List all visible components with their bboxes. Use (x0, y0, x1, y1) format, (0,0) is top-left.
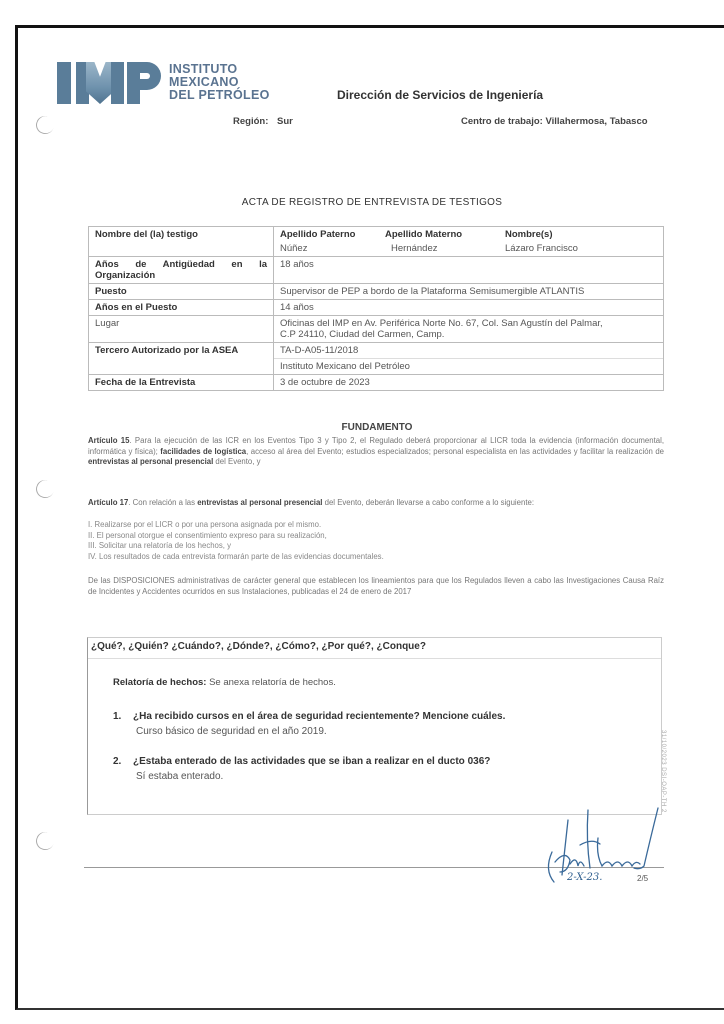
anos-puesto-label: Años en el Puesto (89, 300, 274, 316)
table-row: Lugar Oficinas del IMP en Av. Periférica… (89, 316, 664, 343)
antiguedad-label-line2: Organización (95, 270, 267, 281)
witness-name-label: Nombre del (la) testigo (89, 227, 274, 257)
witness-name-cell: Apellido Paterno Apellido Materno Nombre… (274, 227, 664, 257)
fecha-label: Fecha de la Entrevista (89, 375, 274, 391)
antiguedad-label: Años de Antigüedad en la Organización (89, 257, 274, 284)
lugar-label: Lugar (89, 316, 274, 343)
anos-puesto-value: 14 años (274, 300, 664, 316)
document-title: ACTA DE REGISTRO DE ENTREVISTA DE TESTIG… (0, 197, 724, 208)
fundamento-title: FUNDAMENTO (0, 422, 724, 433)
question-text: ¿Ha recibido cursos en el área de seguri… (133, 711, 505, 722)
tercero-value-line2: Instituto Mexicano del Petróleo (274, 359, 663, 374)
nombres-value: Lázaro Francisco (505, 240, 657, 254)
question-number: 2. (113, 756, 133, 767)
signature-date: 2-X-23. (567, 872, 602, 883)
art15-label: Artículo 15 (88, 436, 129, 445)
relatoria: Relatoría de hechos: Se anexa relatoría … (113, 677, 336, 688)
art17-label: Artículo 17 (88, 498, 128, 507)
apellido-paterno-value: Núñez (280, 240, 385, 254)
tercero-label: Tercero Autorizado por la ASEA (89, 343, 274, 375)
page-number: 2/5 (637, 874, 648, 883)
list-item: I. Realizarse por el LICR o por una pers… (88, 520, 384, 531)
list-item: II. El personal otorgue el consentimient… (88, 531, 384, 542)
table-row: Nombre del (la) testigo Apellido Paterno… (89, 227, 664, 257)
list-item: III. Solicitar una relatoría de los hech… (88, 541, 384, 552)
antiguedad-label-line1: Años de Antigüedad en la (95, 259, 267, 270)
question-number: 1. (113, 711, 133, 722)
art15-text: , acceso al área del Evento; estudios es… (246, 447, 664, 456)
answer-1: Curso básico de seguridad en el año 2019… (136, 726, 327, 737)
divider (88, 658, 661, 659)
questions-box: ¿Qué?, ¿Quién? ¿Cuándo?, ¿Dónde?, ¿Cómo?… (87, 637, 662, 815)
art15-bold: entrevistas al personal presencial (88, 457, 213, 466)
articulo-15-paragraph: Artículo 15. Para la ejecución de las IC… (88, 436, 664, 468)
puesto-value: Supervisor de PEP a bordo de la Platafor… (274, 284, 664, 300)
antiguedad-value: 18 años (274, 257, 664, 284)
logo-text: INSTITUTO MEXICANO DEL PETRÓLEO (169, 63, 270, 102)
question-text: ¿Estaba enterado de las actividades que … (133, 756, 490, 767)
table-row: Fecha de la Entrevista 3 de octubre de 2… (89, 375, 664, 391)
answer-2: Sí estaba enterado. (136, 771, 223, 782)
tercero-value-line1: TA-D-A05-11/2018 (274, 343, 663, 359)
articulo-17-paragraph: Artículo 17. Con relación a las entrevis… (88, 498, 664, 509)
requirements-list: I. Realizarse por el LICR o por una pers… (88, 520, 384, 562)
imp-logo: INSTITUTO MEXICANO DEL PETRÓLEO (57, 60, 270, 104)
lugar-value-line1: Oficinas del IMP en Av. Periférica Norte… (280, 318, 657, 329)
work-center: Centro de trabajo: Villahermosa, Tabasco (461, 116, 648, 127)
region-label: Región: (233, 116, 268, 127)
puesto-label: Puesto (89, 284, 274, 300)
art17-bold: entrevistas al personal presencial (197, 498, 322, 507)
question-2: 2.¿Estaba enterado de las actividades qu… (113, 756, 490, 767)
table-row: Puesto Supervisor de PEP a bordo de la P… (89, 284, 664, 300)
art15-text: del Evento, y (213, 457, 260, 466)
fecha-value: 3 de octubre de 2023 (274, 375, 664, 391)
logo-line-2: MEXICANO (169, 76, 270, 89)
disposiciones-paragraph: De las DISPOSICIONES administrativas de … (88, 576, 664, 597)
tercero-value: TA-D-A05-11/2018 Instituto Mexicano del … (274, 343, 664, 375)
header-nombres: Nombre(s) (505, 229, 657, 240)
region: Región: Sur (233, 116, 293, 127)
header-apellido-paterno: Apellido Paterno (280, 229, 385, 240)
apellido-materno-value: Hernández (385, 240, 505, 254)
lugar-value-line2: C.P 24110, Ciudad del Carmen, Camp. (280, 329, 657, 340)
question-1: 1.¿Ha recibido cursos en el área de segu… (113, 711, 505, 722)
lugar-value: Oficinas del IMP en Av. Periférica Norte… (274, 316, 664, 343)
department-title: Dirección de Servicios de Ingeniería (337, 88, 543, 102)
table-row: Años en el Puesto 14 años (89, 300, 664, 316)
logo-line-1: INSTITUTO (169, 63, 270, 76)
art15-bold: facilidades de logística (160, 447, 246, 456)
signature-icon (540, 800, 680, 890)
questions-header: ¿Qué?, ¿Quién? ¿Cuándo?, ¿Dónde?, ¿Cómo?… (91, 641, 426, 652)
art17-text: del Evento, deberán llevarse a cabo conf… (322, 498, 534, 507)
header-apellido-materno: Apellido Materno (385, 229, 505, 240)
relatoria-value: Se anexa relatoría de hechos. (209, 677, 336, 688)
table-row: Años de Antigüedad en la Organización 18… (89, 257, 664, 284)
relatoria-label: Relatoría de hechos: (113, 677, 206, 688)
imp-logo-mark-icon (57, 60, 161, 104)
table-row: Tercero Autorizado por la ASEA TA-D-A05-… (89, 343, 664, 375)
logo-line-3: DEL PETRÓLEO (169, 89, 270, 102)
witness-info-table: Nombre del (la) testigo Apellido Paterno… (88, 226, 664, 391)
list-item: IV. Los resultados de cada entrevista fo… (88, 552, 384, 563)
art17-text: . Con relación a las (128, 498, 197, 507)
region-value: Sur (277, 116, 293, 127)
